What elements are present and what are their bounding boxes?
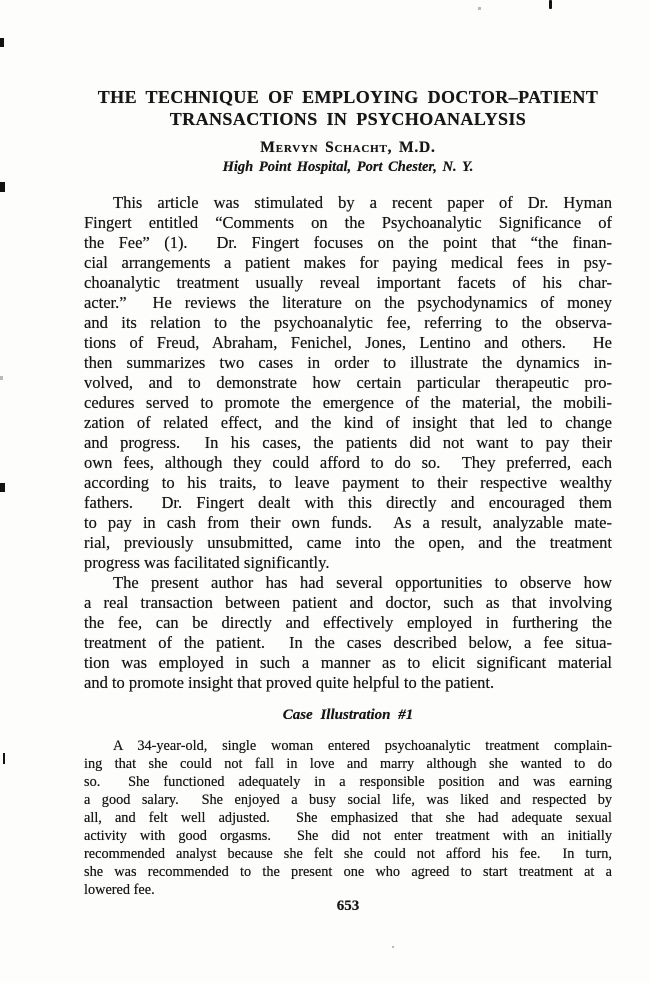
- article-title: THE TECHNIQUE OF EMPLOYING DOCTOR–PATIEN…: [84, 86, 612, 130]
- text-line: volved, and to demonstrate how certain p…: [84, 373, 612, 393]
- text-line: and progress. In his cases, the patients…: [84, 433, 612, 453]
- text-line: treatment of the patient. In the cases d…: [84, 633, 612, 653]
- intro-paragraph-1: This article was stimulated by a recent …: [84, 193, 612, 573]
- text-line: A 34-year-old, single woman entered psyc…: [84, 737, 612, 755]
- scan-artifact: [3, 753, 5, 764]
- scan-artifact: [392, 946, 394, 948]
- text-line: recommended analyst because she felt she…: [84, 845, 612, 863]
- text-line: rial, previously unsubmitted, came into …: [84, 533, 612, 553]
- page-number: 653: [84, 899, 612, 914]
- text-line: acter.” He reviews the literature on the…: [84, 293, 612, 313]
- text-line: The present author has had several oppor…: [84, 573, 612, 593]
- text-line: cedures served to promote the emergence …: [84, 393, 612, 413]
- author-affiliation: High Point Hospital, Port Chester, N. Y.: [84, 159, 612, 176]
- text-line: according to his traits, to leave paymen…: [84, 473, 612, 493]
- text-line: then summarizes two cases in order to il…: [84, 353, 612, 373]
- text-line: fathers. Dr. Fingert dealt with this dir…: [84, 493, 612, 513]
- text-line: activity with good orgasms. She did not …: [84, 827, 612, 845]
- text-line: cial arrangements a patient makes for pa…: [84, 253, 612, 273]
- text-line: so. She functioned adequately in a respo…: [84, 773, 612, 791]
- scan-artifact: [0, 483, 5, 492]
- text-line: own fees, although they could afford to …: [84, 453, 612, 473]
- scan-artifact: [0, 38, 4, 47]
- text-line: a real transaction between patient and d…: [84, 593, 612, 613]
- text-line: progress was facilitated significantly.: [84, 553, 612, 573]
- text-line: Fingert entitled “Comments on the Psycho…: [84, 213, 612, 233]
- article-title-line-2: TRANSACTIONS IN PSYCHOANALYSIS: [84, 108, 612, 130]
- case-illustration-1-paragraph: A 34-year-old, single woman entered psyc…: [84, 737, 612, 899]
- text-line: and to promote insight that proved quite…: [84, 673, 612, 693]
- text-line: all, and felt well adjusted. She emphasi…: [84, 809, 612, 827]
- text-line: and its relation to the psychoanalytic f…: [84, 313, 612, 333]
- intro-paragraph-2: The present author has had several oppor…: [84, 573, 612, 693]
- text-line: tions of Freud, Abraham, Fenichel, Jones…: [84, 333, 612, 353]
- text-line: This article was stimulated by a recent …: [84, 193, 612, 213]
- text-line: ing that she could not fall in love and …: [84, 755, 612, 773]
- text-line: choanalytic treatment usually reveal imp…: [84, 273, 612, 293]
- scan-artifact: [549, 0, 552, 9]
- article-title-line-1: THE TECHNIQUE OF EMPLOYING DOCTOR–PATIEN…: [84, 86, 612, 108]
- text-line: a good salary. She enjoyed a busy social…: [84, 791, 612, 809]
- text-line: the fee, can be directly and effectively…: [84, 613, 612, 633]
- scan-artifact: [0, 182, 5, 192]
- section-heading-case-illustration-1: Case Illustration #1: [84, 706, 612, 724]
- scan-artifact: [478, 7, 481, 10]
- text-line: the Fee” (1). Dr. Fingert focuses on the…: [84, 233, 612, 253]
- text-line: lowered fee.: [84, 881, 612, 899]
- scan-artifact: [0, 376, 3, 380]
- journal-page: THE TECHNIQUE OF EMPLOYING DOCTOR–PATIEN…: [0, 0, 650, 983]
- text-line: she was recommended to the present one w…: [84, 863, 612, 881]
- text-line: tion was employed in such a manner as to…: [84, 653, 612, 673]
- text-line: to pay in cash from their own funds. As …: [84, 513, 612, 533]
- text-line: zation of related effect, and the kind o…: [84, 413, 612, 433]
- author-name: Mervyn Schacht, M.D.: [84, 139, 612, 157]
